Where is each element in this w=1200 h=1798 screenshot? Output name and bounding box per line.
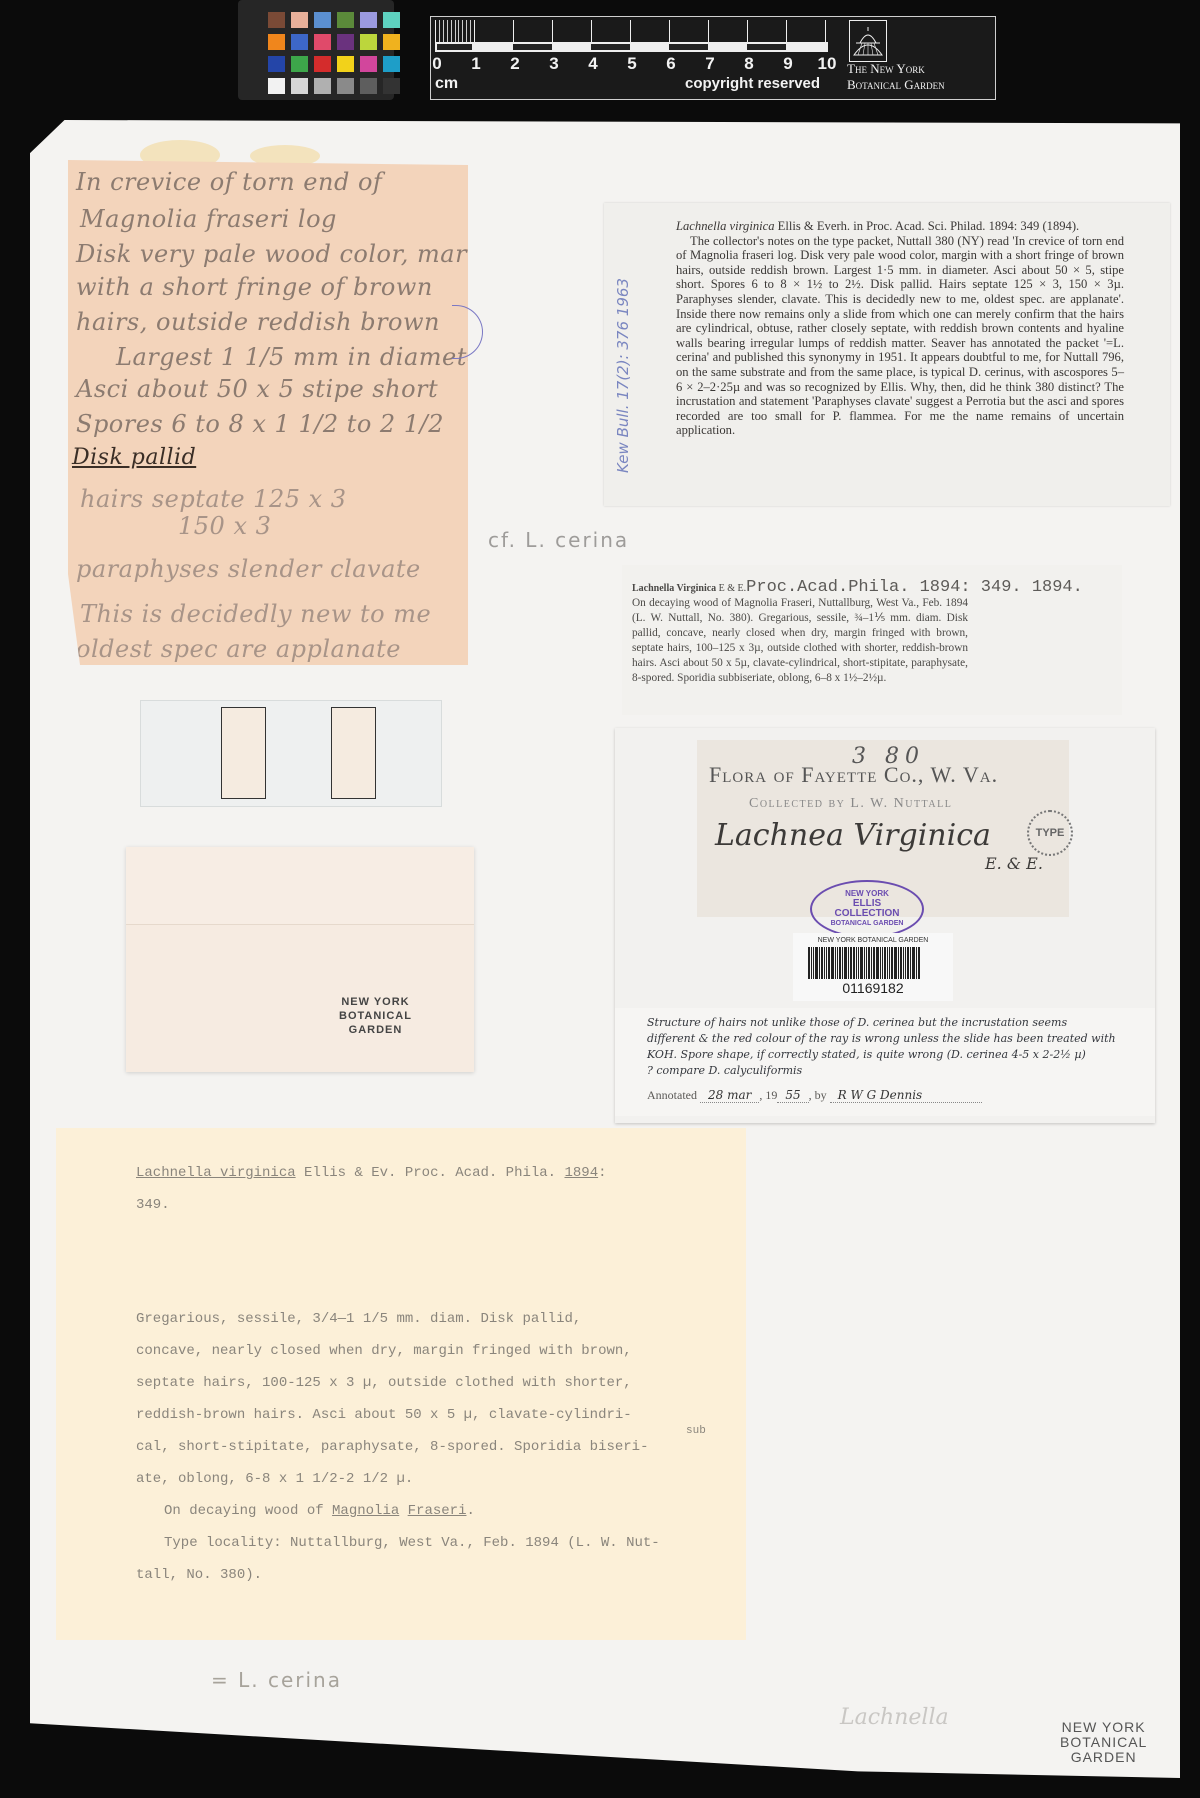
color-swatch bbox=[360, 12, 377, 28]
ruler-mm-tick bbox=[455, 20, 456, 42]
synonym-note: = L. cerina bbox=[211, 1668, 342, 1692]
microscope-slide bbox=[140, 700, 442, 807]
substrate-prefix: On decaying wood of bbox=[164, 1503, 332, 1519]
barcode-bar bbox=[868, 947, 870, 979]
excerpt-citation-rest: Ellis & Everh. in Proc. Acad. Sci. Phila… bbox=[775, 219, 1080, 233]
barcode-bar bbox=[916, 947, 917, 979]
barcode-bar bbox=[839, 947, 841, 979]
scale-number: 5 bbox=[627, 54, 636, 74]
color-swatch bbox=[268, 34, 285, 50]
ruler-tick bbox=[435, 20, 436, 42]
barcode-bar bbox=[821, 947, 823, 979]
ruler-mm-tick bbox=[451, 20, 452, 42]
ruler-mm-tick bbox=[443, 20, 444, 42]
field-note-line: hairs, outside reddish brown bbox=[76, 308, 440, 336]
barcode-bar bbox=[837, 947, 838, 979]
field-note-line: Asci about 50 x 5 stipe short bbox=[76, 375, 438, 403]
typed-citation-rest: Ellis & Ev. Proc. Acad. Phila. bbox=[296, 1165, 565, 1181]
substrate-species: Fraseri bbox=[408, 1503, 467, 1519]
barcode-bar bbox=[907, 947, 909, 979]
ruler-tick bbox=[825, 20, 826, 42]
scale-number: 8 bbox=[744, 54, 753, 74]
barcode-bar bbox=[905, 947, 906, 979]
barcode-bar bbox=[858, 947, 859, 979]
printed-name: Lachnella Virginica bbox=[632, 583, 716, 594]
color-swatch bbox=[383, 56, 400, 72]
color-swatch bbox=[268, 12, 285, 28]
typed-body-line: cal, short-stipitate, paraphysate, 8-spo… bbox=[136, 1438, 648, 1456]
barcode-bar bbox=[811, 947, 812, 979]
scale-number: 10 bbox=[818, 54, 837, 74]
stamp-line: BOTANICAL bbox=[1060, 1735, 1147, 1750]
typed-locality-line: Type locality: Nuttallburg, West Va., Fe… bbox=[164, 1534, 660, 1552]
annotated-by-label: , by bbox=[809, 1088, 827, 1102]
barcode-bar bbox=[826, 947, 827, 979]
ruler-tick bbox=[708, 20, 709, 42]
barcode-bar bbox=[903, 947, 904, 979]
barcode-bar bbox=[856, 947, 857, 979]
barcode-bar bbox=[882, 947, 883, 979]
color-swatch bbox=[360, 34, 377, 50]
barcode-bar bbox=[889, 947, 890, 979]
ellis-collection-stamp: NEW YORK ELLIS COLLECTION BOTANICAL GARD… bbox=[810, 880, 924, 938]
typed-colon: : bbox=[598, 1165, 606, 1181]
scale-unit: cm bbox=[435, 75, 458, 93]
color-swatch bbox=[383, 78, 400, 94]
typed-body-line: ate, oblong, 6-8 x 1 1/2-2 1/2 µ. bbox=[136, 1470, 413, 1488]
scale-number: 3 bbox=[549, 54, 558, 74]
barcode-bar bbox=[873, 947, 875, 979]
annotated-label: Annotated bbox=[647, 1088, 697, 1102]
substrate-genus: Magnolia bbox=[332, 1503, 399, 1519]
barcode-bar bbox=[819, 947, 820, 979]
typed-body-line: reddish-brown hairs. Asci about 50 x 5 µ… bbox=[136, 1406, 632, 1424]
collector-line: Collected by L. W. Nuttall bbox=[749, 796, 952, 812]
barcode-bar bbox=[824, 947, 825, 979]
barcode-bar bbox=[842, 947, 843, 979]
field-note-line: Spores 6 to 8 x 1 1/2 to 2 1/2 bbox=[76, 410, 444, 438]
excerpt-margin-note: Kew Bull. 17(2): 376 1963 bbox=[614, 278, 632, 473]
annotation-line: Structure of hairs not unlike those of D… bbox=[647, 1016, 1067, 1029]
institution-line-1: The New York bbox=[847, 61, 945, 77]
handwritten-species-name: Lachnea Virginica bbox=[715, 818, 991, 853]
annotated-year: 55 bbox=[777, 1088, 808, 1103]
barcode-bar bbox=[898, 947, 899, 979]
barcode-bar bbox=[828, 947, 830, 979]
barcode-bar bbox=[900, 947, 902, 979]
ruler-block bbox=[437, 44, 472, 50]
color-swatch bbox=[291, 34, 308, 50]
scale-number: 9 bbox=[783, 54, 792, 74]
barcode-bar bbox=[850, 947, 852, 979]
type-stamp: TYPE bbox=[1027, 810, 1073, 856]
barcode-bar bbox=[853, 947, 855, 979]
color-swatch bbox=[314, 34, 331, 50]
typed-locality-line: tall, No. 380). bbox=[136, 1566, 262, 1584]
ruler-mm-tick bbox=[447, 20, 448, 42]
color-swatch bbox=[383, 34, 400, 50]
ruler-tick bbox=[669, 20, 670, 42]
annotation-line: KOH. Spore shape, if correctly stated, i… bbox=[647, 1048, 1086, 1061]
stamp-line: BOTANICAL bbox=[339, 1009, 412, 1023]
ruler-tick bbox=[474, 20, 475, 42]
color-swatch bbox=[291, 12, 308, 28]
published-excerpt-clipping: Lachnella virginica Ellis & Everh. in Pr… bbox=[604, 203, 1170, 506]
specimen-envelope[interactable]: NEW YORK BOTANICAL GARDEN bbox=[126, 847, 474, 1072]
field-note-line: Disk pallid bbox=[72, 445, 196, 470]
ruler-tick bbox=[591, 20, 592, 42]
color-swatch bbox=[291, 78, 308, 94]
scale-bar: 012345678910 cm copyright reserved The N… bbox=[430, 16, 996, 100]
annotated-year-prefix: , 19 bbox=[759, 1088, 777, 1102]
ruler-mm-tick bbox=[458, 20, 459, 42]
field-note-line: paraphyses slender clavate bbox=[76, 555, 421, 583]
barcode-bar bbox=[866, 947, 867, 979]
printed-heading: Lachnella Virginica E & E.Proc.Acad.Phil… bbox=[632, 578, 1083, 597]
annotation-line: ? compare D. calyculiformis bbox=[647, 1064, 802, 1077]
copyright-label: copyright reserved bbox=[685, 75, 820, 92]
barcode-bar bbox=[887, 947, 888, 979]
barcode-number: 01169182 bbox=[793, 980, 953, 996]
field-note-line: Largest 1 1/5 mm in diameter bbox=[116, 343, 494, 371]
typed-body-line: concave, nearly closed when dry, margin … bbox=[136, 1342, 632, 1360]
barcode-bar bbox=[815, 947, 818, 979]
ruler-block bbox=[591, 44, 630, 50]
ruler-block bbox=[669, 44, 708, 50]
typed-body-line: septate hairs, 100-125 x 3 µ, outside cl… bbox=[136, 1374, 632, 1392]
annotation-line: different & the red colour of the ray is… bbox=[647, 1032, 1116, 1045]
barcode-icon bbox=[808, 947, 938, 979]
excerpt-citation-name: Lachnella virginica bbox=[676, 219, 775, 233]
ruler-mm-tick bbox=[470, 20, 471, 42]
color-swatch bbox=[360, 78, 377, 94]
field-note-line: Magnolia fraseri log bbox=[80, 205, 337, 233]
ruler-tick bbox=[513, 20, 514, 42]
barcode-bar bbox=[848, 947, 849, 979]
barcode-bar bbox=[880, 947, 881, 979]
typed-sub-insert: sub bbox=[686, 1422, 706, 1440]
annotator-signature: R W G Dennis bbox=[830, 1088, 983, 1103]
field-note-line: This is decidedly new to me bbox=[80, 600, 431, 628]
ruler-mm-tick bbox=[439, 20, 440, 42]
color-swatch bbox=[268, 78, 285, 94]
color-swatch bbox=[291, 56, 308, 72]
ruler-mm-tick bbox=[462, 20, 463, 42]
barcode-bar bbox=[912, 947, 915, 979]
typed-description-card: Lachnella virginica Ellis & Ev. Proc. Ac… bbox=[56, 1128, 746, 1640]
envelope-stamp: NEW YORK BOTANICAL GARDEN bbox=[339, 995, 412, 1037]
ruler-tick bbox=[630, 20, 631, 42]
typed-citation: Proc.Acad.Phila. 1894: 349. 1894. bbox=[746, 578, 1083, 597]
conservatory-logo-icon bbox=[849, 20, 887, 62]
barcode-bar bbox=[813, 947, 814, 979]
excerpt-citation: Lachnella virginica Ellis & Everh. in Pr… bbox=[676, 219, 1124, 234]
barcode-bar bbox=[884, 947, 886, 979]
field-note-line: 150 x 3 bbox=[178, 512, 271, 540]
ruler-tick bbox=[552, 20, 553, 42]
scale-number: 6 bbox=[666, 54, 675, 74]
typed-citation-line: Lachnella virginica Ellis & Ev. Proc. Ac… bbox=[136, 1164, 607, 1182]
field-note-line: oldest spec are applanate bbox=[76, 635, 401, 663]
nybg-stamp: NEW YORK BOTANICAL GARDEN bbox=[1060, 1720, 1147, 1765]
scale-number: 1 bbox=[471, 54, 480, 74]
typed-page: 349. bbox=[136, 1196, 170, 1214]
barcode-bar bbox=[864, 947, 865, 979]
scale-number: 0 bbox=[432, 54, 441, 74]
color-swatch bbox=[314, 56, 331, 72]
scale-number: 2 bbox=[510, 54, 519, 74]
color-swatch bbox=[268, 56, 285, 72]
field-note-line: In crevice of torn end of bbox=[76, 168, 382, 196]
typed-substrate-line: On decaying wood of Magnolia Fraseri. bbox=[164, 1502, 475, 1520]
genus-pencil-note: Lachnella bbox=[840, 1705, 949, 1730]
scale-numbers: 012345678910 bbox=[433, 54, 833, 74]
determination-annotation-slip: Structure of hairs not unlike those of D… bbox=[615, 1008, 1155, 1116]
typed-species-name: Lachnella virginica bbox=[136, 1165, 296, 1181]
color-swatch bbox=[383, 12, 400, 28]
ruler-tick bbox=[747, 20, 748, 42]
slide-label-left bbox=[221, 707, 266, 799]
flora-line: Flora of Fayette Co., W. Va. bbox=[709, 762, 998, 788]
barcode-institution: NEW YORK BOTANICAL GARDEN bbox=[793, 937, 953, 944]
ruler-block bbox=[513, 44, 552, 50]
printed-authors: E & E. bbox=[716, 583, 746, 594]
barcode-bar bbox=[871, 947, 872, 979]
excerpt-paragraph: The collector's notes on the type packet… bbox=[676, 234, 1124, 438]
institution-line-2: Botanical Garden bbox=[847, 77, 945, 93]
stamp-line: NEW YORK bbox=[339, 995, 412, 1009]
ruler bbox=[435, 20, 828, 52]
scale-number: 7 bbox=[705, 54, 714, 74]
stamp-text: COLLECTION bbox=[812, 909, 922, 919]
institution-name: The New York Botanical Garden bbox=[847, 61, 945, 93]
barcode-bar bbox=[910, 947, 911, 979]
barcode-bar bbox=[831, 947, 834, 979]
ruler-tick bbox=[786, 20, 787, 42]
annotated-by-line: Annotated 28 mar, 1955, by R W G Dennis bbox=[647, 1088, 982, 1103]
color-swatch bbox=[360, 56, 377, 72]
stamp-line: GARDEN bbox=[339, 1023, 412, 1037]
ruler-block bbox=[747, 44, 786, 50]
barcode-bar bbox=[918, 947, 920, 979]
color-swatch bbox=[314, 78, 331, 94]
barcode-bar bbox=[894, 947, 897, 979]
scale-number: 4 bbox=[588, 54, 597, 74]
field-note-line: Disk very pale wood color, margin bbox=[76, 240, 507, 268]
color-swatch bbox=[337, 56, 354, 72]
envelope-flap[interactable] bbox=[126, 847, 474, 925]
annotated-date: 28 mar bbox=[700, 1088, 759, 1103]
typed-year: 1894 bbox=[564, 1165, 598, 1181]
color-swatch bbox=[337, 12, 354, 28]
stamp-text: BOTANICAL GARDEN bbox=[812, 919, 922, 929]
barcode-label: NEW YORK BOTANICAL GARDEN 01169182 bbox=[793, 933, 953, 1001]
barcode-bar bbox=[876, 947, 879, 979]
color-swatch bbox=[337, 34, 354, 50]
typed-body-line: Gregarious, sessile, 3/4—1 1/5 mm. diam.… bbox=[136, 1310, 581, 1328]
excerpt-text: Lachnella virginica Ellis & Everh. in Pr… bbox=[676, 219, 1124, 438]
stamp-line: NEW YORK bbox=[1060, 1720, 1147, 1735]
ruler-mm-tick bbox=[466, 20, 467, 42]
cf-annotation: cf. L. cerina bbox=[488, 528, 629, 552]
barcode-bar bbox=[891, 947, 893, 979]
stamp-line: GARDEN bbox=[1060, 1750, 1147, 1765]
color-swatch bbox=[314, 12, 331, 28]
color-calibration-chart bbox=[238, 0, 394, 100]
printed-body: On decaying wood of Magnolia Fraseri, Nu… bbox=[632, 596, 968, 686]
color-swatch bbox=[337, 78, 354, 94]
field-note-line: hairs septate 125 x 3 bbox=[80, 485, 347, 513]
printed-description-clipping: Lachnella Virginica E & E.Proc.Acad.Phil… bbox=[622, 565, 1122, 715]
field-note-line: with a short fringe of brown bbox=[76, 273, 433, 301]
handwritten-authors: E. & E. bbox=[985, 854, 1043, 873]
barcode-bar bbox=[844, 947, 847, 979]
handwritten-field-note: In crevice of torn end ofMagnolia fraser… bbox=[68, 160, 468, 665]
type-packet[interactable]: 3 80 Flora of Fayette Co., W. Va. Collec… bbox=[615, 728, 1155, 1123]
barcode-bar bbox=[835, 947, 836, 979]
barcode-bar bbox=[808, 947, 810, 979]
barcode-bar bbox=[860, 947, 863, 979]
slide-label-right bbox=[331, 707, 376, 799]
packet-label: 3 80 Flora of Fayette Co., W. Va. Collec… bbox=[697, 740, 1069, 917]
